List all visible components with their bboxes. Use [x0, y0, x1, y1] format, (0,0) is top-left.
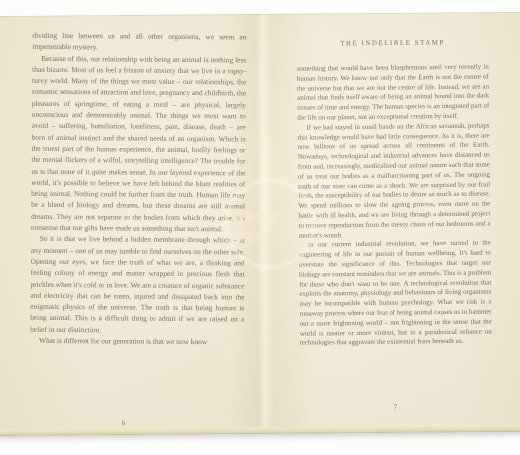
left-page-number: 6	[24, 418, 224, 428]
right-page-number: 7	[299, 402, 491, 412]
book-photo: dividing line between us and all other o…	[0, 0, 520, 455]
running-header: THE INDELIBLE STAMP	[297, 39, 489, 48]
body-paragraph: So it is that we live behind a hidden me…	[30, 233, 245, 336]
body-paragraph: dividing line between us and all other o…	[32, 30, 246, 54]
open-book: dividing line between us and all other o…	[0, 12, 520, 436]
right-page-text: something that would have been blasphemo…	[297, 63, 492, 349]
body-paragraph: Because of this, our relationship with b…	[31, 52, 246, 234]
body-paragraph: something that would have been blasphemo…	[297, 63, 490, 124]
body-paragraph: What is different for our generation is …	[30, 335, 244, 348]
body-paragraph: In our current industrial revolution, we…	[299, 239, 492, 349]
body-paragraph: If we had stayed in small bands on the A…	[297, 121, 490, 241]
left-page-text: dividing line between us and all other o…	[30, 30, 246, 348]
